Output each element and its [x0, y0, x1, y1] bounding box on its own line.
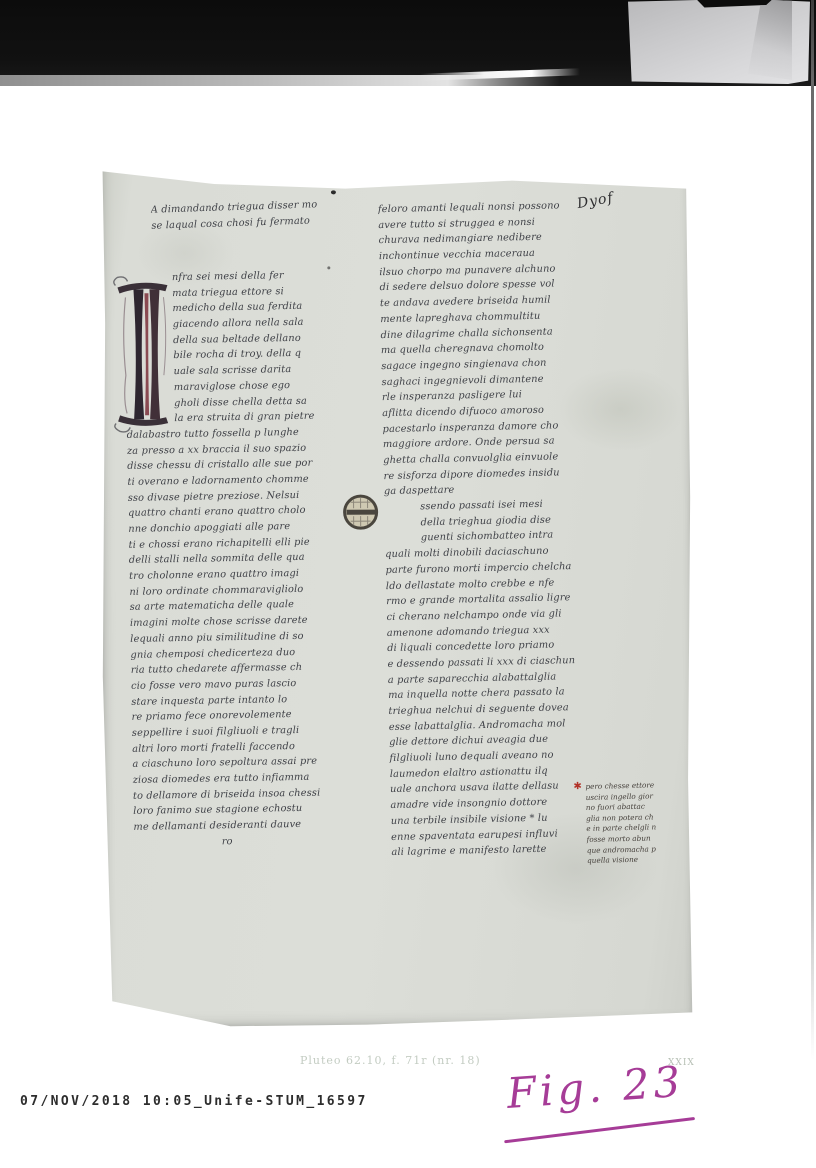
figure-label-underline — [504, 1117, 695, 1143]
manuscript-text-line: quella visione — [587, 854, 697, 867]
stray-paper-fold — [748, 0, 792, 80]
manuscript-header: A dimandando triegua disser mose laqual … — [151, 194, 402, 234]
marginal-note-text: pero chesse ettoreuscira ingello giorno … — [585, 779, 697, 866]
scan-edge-line — [811, 0, 814, 1060]
plate-caption: Pluteo 62.10, f. 71r (nr. 18) — [300, 1054, 481, 1067]
ink-speck — [331, 190, 336, 194]
decorated-initial-E — [343, 494, 379, 530]
manuscript-right-column: feloro amanti lequali nonsi possonoavere… — [378, 197, 650, 861]
ink-speck — [327, 266, 330, 269]
manuscript-left-column: nfra sei mesi della fermata triegua etto… — [124, 267, 380, 852]
marginal-note: ✱ pero chesse ettoreuscira ingello giorn… — [585, 779, 697, 866]
ink-speck — [680, 165, 688, 172]
scan-timestamp: 07/NOV/2018 10:05_Unife-STUM_16597 — [20, 1094, 368, 1109]
manuscript-text-line: ro — [222, 831, 380, 849]
asterisk-marker: ✱ — [573, 782, 582, 793]
stray-paper-corner — [628, 0, 810, 84]
figure-label-text: Fig. 23 — [505, 1055, 708, 1118]
figure-label: Fig. 23 — [505, 1055, 711, 1159]
manuscript-page-photo: A dimandando triegua disser mose laqual … — [95, 144, 696, 1029]
